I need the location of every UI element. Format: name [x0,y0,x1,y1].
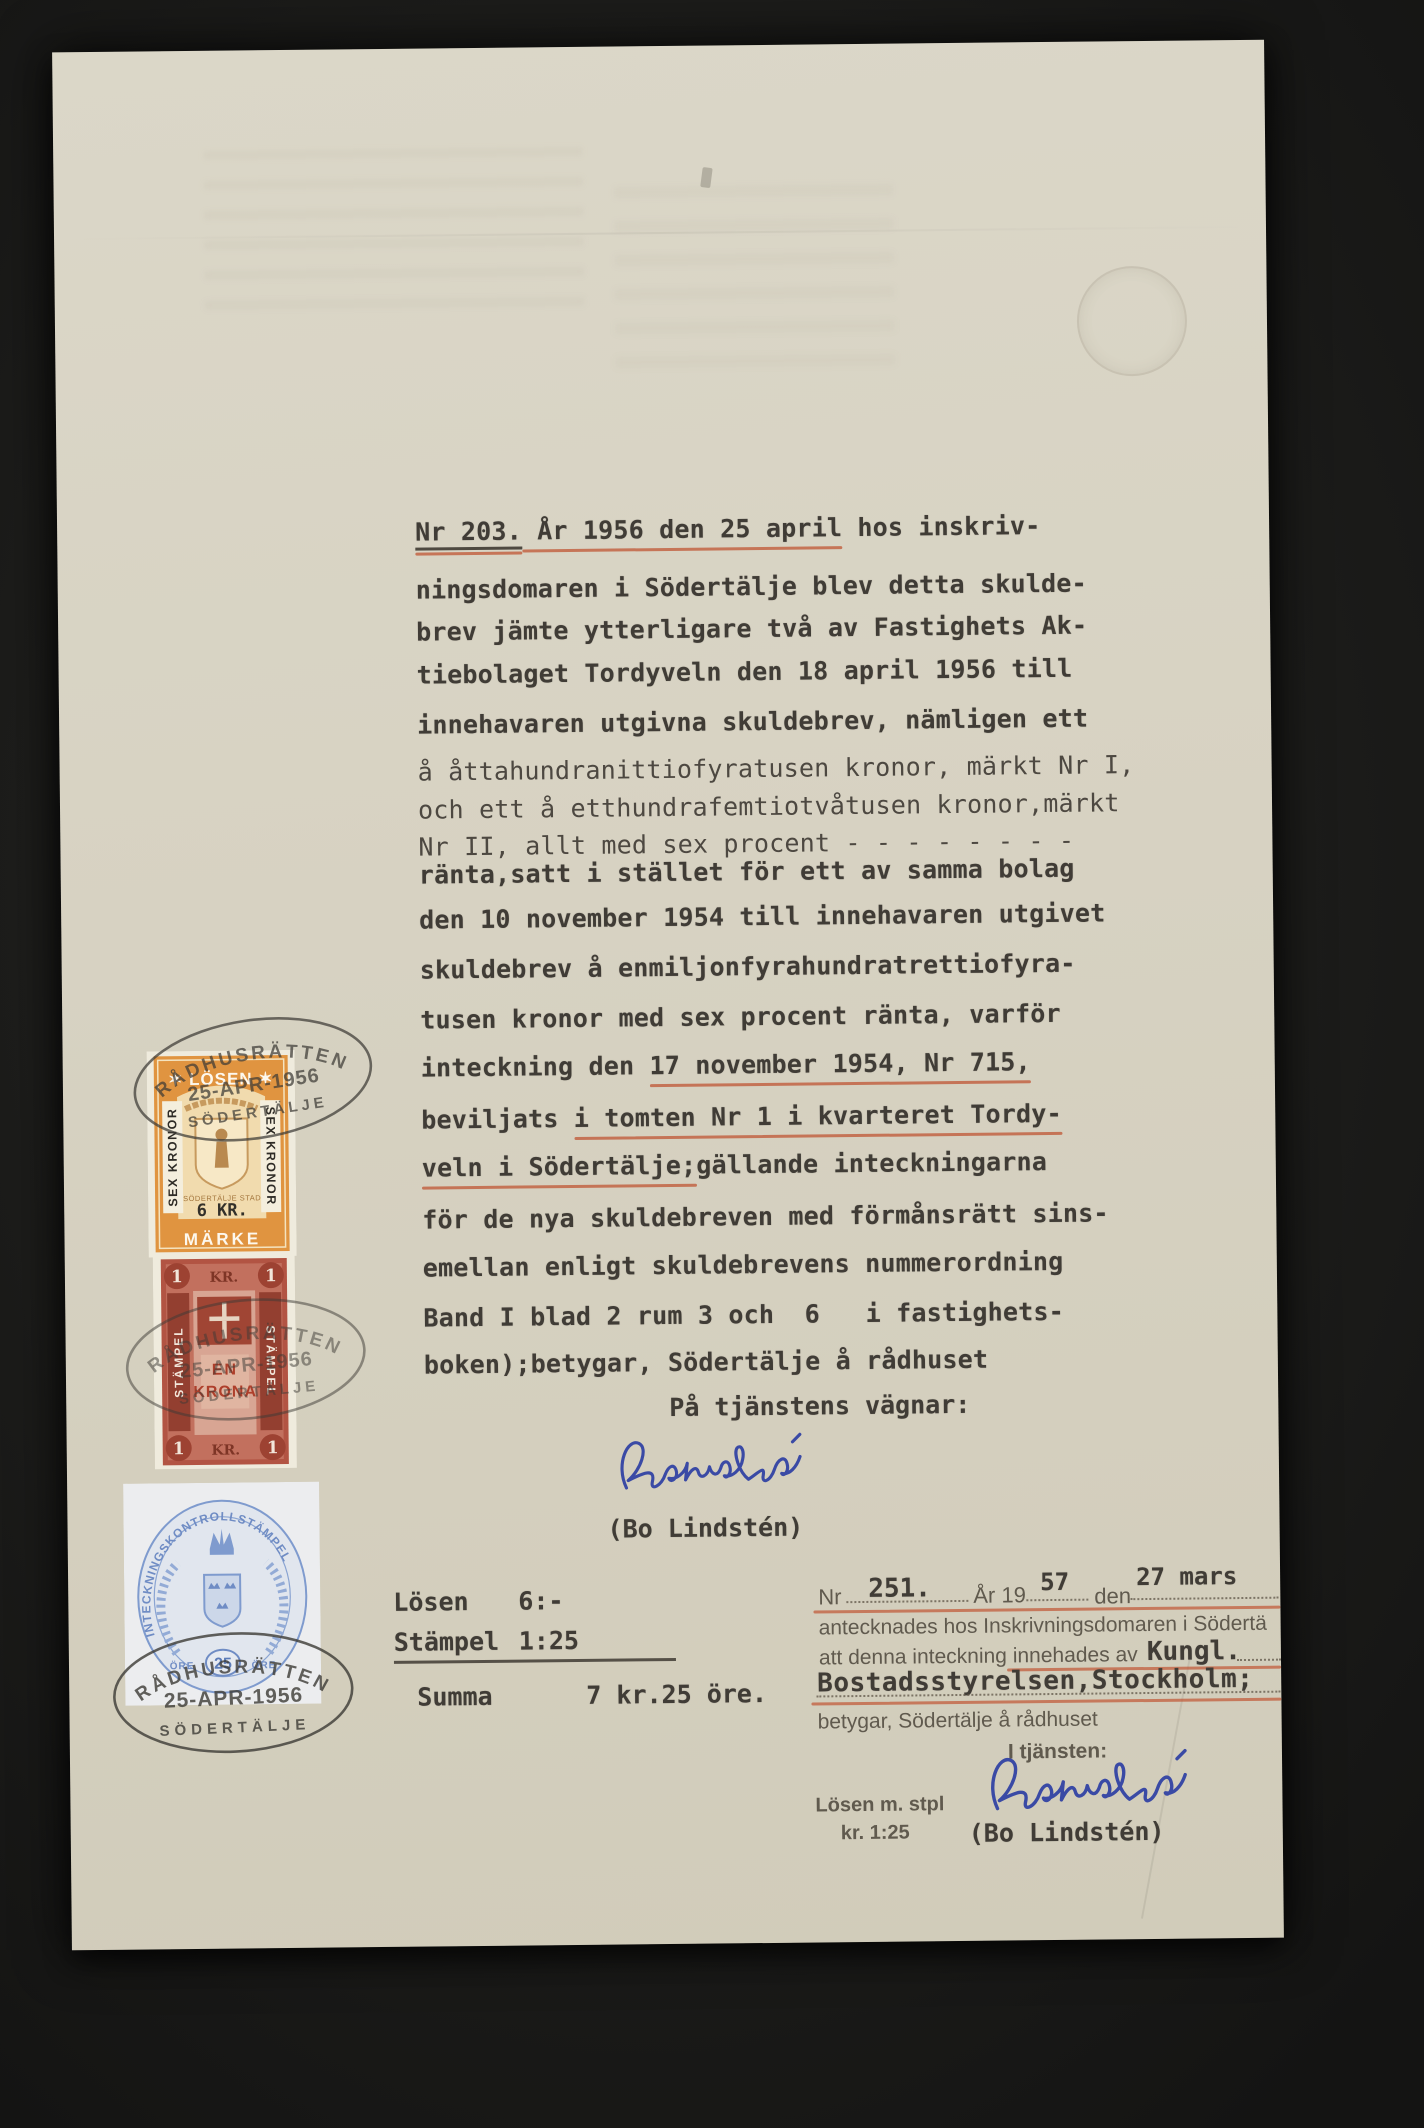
signature-ink [975,1746,1228,1829]
dotted-leader [1237,1658,1281,1661]
dotted-leader [1130,1596,1278,1601]
body-line: innehavaren utgivna skuldebrev, nämligen… [417,704,1088,740]
body-line-segment: inteckning den [421,1051,650,1082]
body-line-segment: den 10 november 1954 till innehavaren ut… [419,898,1106,934]
body-line-segment: År 1956 den 25 april [522,513,843,545]
scanned-document-photo: Nr 203. År 1956 den 25 april hos inskriv… [0,0,1424,2128]
body-line: Band I blad 2 rum 3 och 6 i fastighets- [423,1297,1064,1333]
rubber-stamp-oval: RÅDHUSRÄTTEN 25-APR-1956 SÖDERTÄLJE [116,993,389,1166]
bleedthrough-ghost [614,184,896,377]
body-line-segment: tusen kronor med sex procent ränta, varf… [420,999,1061,1035]
signature-typed-name: (Bo Lindstén) [607,1513,803,1544]
fee-summa-label: Summa [417,1682,493,1712]
stamp-city: SÖDERTÄLJE [159,1716,310,1740]
note-ar-label: År 19 [973,1582,1026,1609]
note-nr-label: Nr [818,1584,841,1610]
stamp-value: 6 KR. [197,1200,248,1221]
body-line-segment: gällande inteckningarna [696,1147,1047,1180]
corner-numeral: 1 [265,1266,277,1286]
stamp-kr-label: KR. [210,1270,239,1286]
fee-losen-label: Lösen [393,1587,469,1617]
body-line: för de nya skuldebreven med förmånsrätt … [422,1198,1109,1234]
body-line: veln i Södertälje;gällande inteckningarn… [422,1147,1048,1183]
closing-line: På tjänstens vägnar: [669,1390,970,1422]
fee-summa-value: 7 kr.25 öre. [586,1679,767,1710]
body-line-segment: ränta,satt i stället för ett av samma bo… [419,854,1075,890]
fee-stampel-value: 1:25 [519,1626,580,1656]
body-line-segment: skuldebrev å enmiljonfyrahundratrettiofy… [420,949,1076,985]
paper-crease [54,226,1266,241]
fee-underline [394,1658,676,1664]
note-den-label: den [1094,1583,1131,1609]
body-line: Nr 203. År 1956 den 25 april hos inskriv… [415,511,1041,551]
note-line5: betygar, Södertälje å rådhuset [818,1708,1098,1735]
ink-smudge [700,167,712,188]
body-line: ningsdomaren i Södertälje blev detta sku… [416,569,1087,605]
corner-numeral: 1 [173,1439,185,1459]
corner-numeral: 1 [171,1267,183,1287]
body-line: beviljats i tomten Nr 1 i kvarteret Tord… [421,1099,1062,1135]
note-kr: kr. 1:25 [841,1822,910,1846]
body-line: ränta,satt i stället för ett av samma bo… [419,854,1075,890]
body-line-segment: Nr 203. [415,517,522,551]
signature-typed-name: (Bo Lindstén) [969,1817,1165,1848]
three-crowns-shield [204,1575,241,1627]
corner-numeral: 1 [267,1438,279,1458]
body-line: tiebolaget Tordyveln den 18 april 1956 t… [416,654,1072,690]
bleedthrough-ghost [203,147,585,311]
body-line: å åttahundranittiofyratusen kronor, märk… [418,750,1135,787]
body-line-segment: brev jämte ytterligare två av Fastighets… [416,611,1087,647]
fee-stampel-label: Stämpel [394,1627,500,1657]
note-den-value: 27 mars [1136,1562,1237,1591]
document-paper: Nr 203. År 1956 den 25 april hos inskriv… [52,40,1284,1951]
typed-body-text: Nr 203. År 1956 den 25 april hos inskriv… [52,40,1264,53]
body-line-segment: för de nya skuldebreven med förmånsrätt … [422,1198,1109,1234]
body-line-segment: veln i Södertälje; [422,1151,697,1183]
body-line: och ett å etthundrafemtiotvåtusen kronor… [418,788,1120,824]
body-line-segment: å åttahundranittiofyratusen kronor, märk… [418,750,1135,787]
stamp-bottom-label: MÄRKE [184,1229,262,1249]
note-ar-value: 57 [1040,1568,1069,1596]
body-line-segment: boken);betygar, Södertälje å rådhuset [424,1345,989,1380]
body-line-segment: tiebolaget Tordyveln den 18 april 1956 t… [416,654,1072,690]
body-line-segment: emellan enligt skuldebrevens nummerordni… [423,1247,1064,1283]
body-line: inteckning den 17 november 1954, Nr 715, [421,1047,1031,1082]
signature-ink [605,1430,841,1506]
body-line-segment: ningsdomaren i Södertälje blev detta sku… [416,569,1087,605]
stamp-date: 25-APR-1956 [163,1683,303,1712]
note-line3-value: Kungl. [1147,1636,1241,1667]
body-line: skuldebrev å enmiljonfyrahundratrettiofy… [420,949,1076,985]
stamp-city: SÖDERTÄLJE [178,1377,320,1408]
body-line: boken);betygar, Södertälje å rådhuset [424,1345,989,1380]
note-losen-stpl: Lösen m. stpl [815,1793,944,1817]
body-line-segment: beviljats [421,1104,574,1135]
body-line-segment: Band I blad 2 rum 3 och 6 i fastighets- [423,1297,1064,1333]
body-line: tusen kronor med sex procent ränta, varf… [420,999,1061,1035]
body-line-segment: och ett å etthundrafemtiotvåtusen kronor… [418,788,1120,824]
stamp-kr-label: KR. [211,1443,240,1459]
body-line-segment: i tomten Nr 1 i kvarteret Tordy- [574,1099,1062,1133]
rubber-stamp-oval: RÅDHUSRÄTTEN 25-APR-1956 SÖDERTÄLJE [112,1279,380,1439]
dotted-leader [1026,1598,1088,1602]
red-underline [811,1698,1281,1706]
body-line-segment: innehavaren utgivna skuldebrev, nämligen… [417,704,1088,740]
note-nr-value: 251. [868,1573,931,1604]
fee-losen-value: 6:- [518,1586,563,1615]
body-line: brev jämte ytterligare två av Fastighets… [416,611,1087,647]
body-line: emellan enligt skuldebrevens nummerordni… [423,1247,1064,1283]
body-line-segment: 17 november 1954, Nr 715, [649,1047,1031,1080]
embossed-seal [1076,266,1187,377]
body-line: den 10 november 1954 till innehavaren ut… [419,898,1106,934]
rubber-stamp-oval: RÅDHUSRÄTTEN 25-APR-1956 SÖDERTÄLJE [98,1619,368,1767]
body-line-segment: hos inskriv- [842,511,1041,542]
